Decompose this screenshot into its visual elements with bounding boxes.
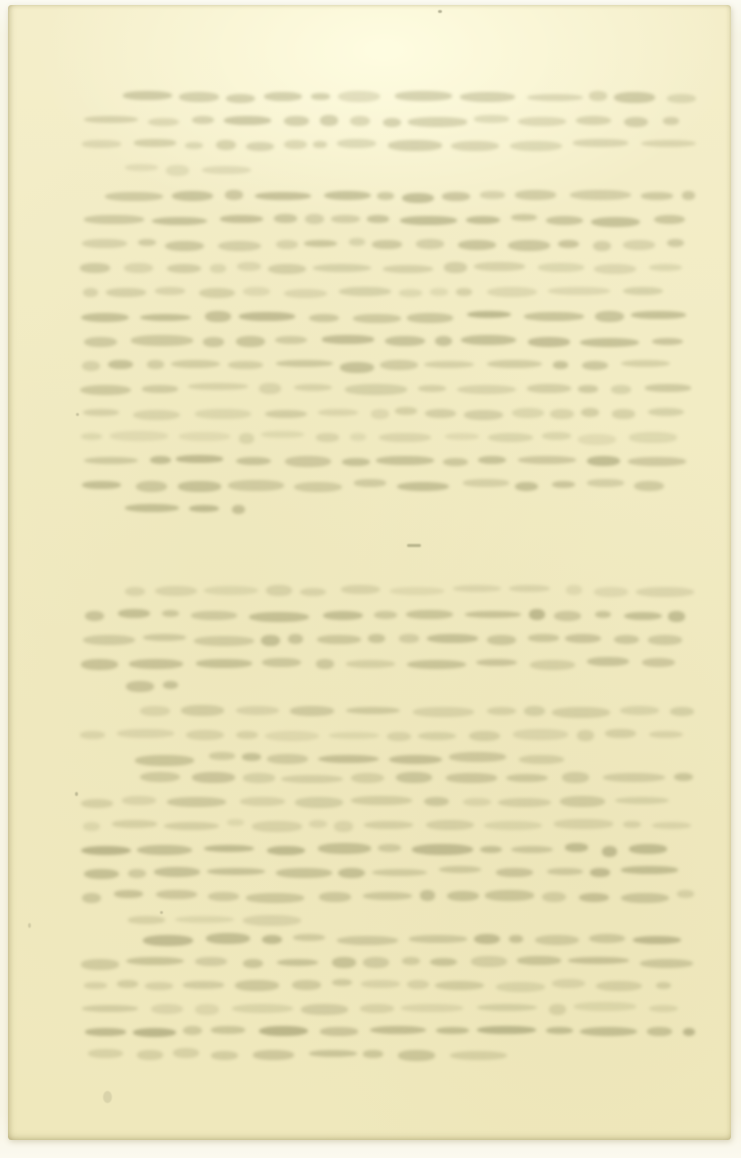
show-through-word-blob [399, 634, 419, 642]
show-through-word-blob [342, 458, 370, 466]
show-through-word-blob [565, 634, 601, 643]
show-through-word-blob [211, 1051, 238, 1060]
show-through-word-blob [378, 844, 401, 851]
show-through-line [80, 383, 692, 396]
show-through-word-blob [331, 215, 360, 223]
scan-backdrop [0, 0, 741, 1158]
show-through-word-blob [83, 822, 100, 832]
show-through-word-blob [456, 288, 472, 296]
show-through-text-area [80, 5, 700, 1140]
show-through-word-blob [458, 240, 496, 250]
show-through-word-blob [484, 821, 542, 831]
show-through-word-blob [620, 706, 659, 715]
show-through-word-blob [464, 410, 503, 420]
show-through-word-blob [487, 635, 516, 645]
show-through-word-blob [578, 385, 598, 393]
show-through-word-blob [137, 1050, 163, 1059]
show-through-word-blob [350, 433, 366, 441]
show-through-word-blob [83, 288, 98, 298]
show-through-word-blob [316, 433, 339, 442]
show-through-word-blob [148, 118, 179, 126]
show-through-line [140, 772, 693, 785]
show-through-word-blob [249, 612, 309, 622]
show-through-word-blob [368, 634, 385, 643]
show-through-word-blob [232, 505, 245, 514]
show-through-word-blob [281, 775, 343, 784]
show-through-word-blob [142, 385, 178, 393]
show-through-word-blob [611, 385, 631, 394]
show-through-word-blob [524, 706, 545, 716]
show-through-word-blob [220, 215, 263, 223]
show-through-word-blob [191, 611, 237, 620]
show-through-word-blob [554, 819, 613, 828]
show-through-word-blob [110, 431, 168, 440]
show-through-word-blob [126, 957, 184, 966]
show-through-word-blob [128, 869, 146, 878]
show-through-word-blob [259, 383, 281, 394]
show-through-word-blob [82, 140, 121, 147]
show-through-word-blob [372, 240, 402, 249]
show-through-word-blob [467, 311, 511, 318]
show-through-word-blob [524, 312, 584, 321]
show-through-word-blob [84, 982, 107, 989]
show-through-word-blob [667, 239, 684, 248]
show-through-word-blob [162, 610, 179, 617]
show-through-word-blob [480, 846, 502, 854]
show-through-word-blob [471, 956, 507, 967]
show-through-line [84, 455, 693, 468]
paper-speck [438, 10, 442, 13]
show-through-word-blob [210, 264, 226, 273]
show-through-word-blob [276, 868, 332, 878]
show-through-word-blob [487, 287, 537, 297]
show-through-line [81, 311, 690, 324]
show-through-word-blob [318, 755, 379, 764]
show-through-word-blob [594, 264, 636, 274]
show-through-word-blob [167, 264, 201, 273]
show-through-word-blob [444, 262, 467, 273]
show-through-word-blob [469, 731, 500, 741]
show-through-line [140, 705, 694, 718]
show-through-word-blob [546, 1027, 573, 1034]
show-through-word-blob [82, 239, 127, 248]
show-through-word-blob [178, 481, 221, 491]
show-through-word-blob [196, 659, 252, 668]
show-through-word-blob [674, 773, 693, 782]
show-through-word-blob [615, 797, 669, 805]
show-through-word-blob [528, 634, 559, 642]
show-through-line [143, 933, 692, 946]
show-through-line [83, 407, 684, 420]
show-through-word-blob [349, 238, 365, 246]
show-through-word-blob [396, 772, 432, 783]
show-through-word-blob [81, 959, 119, 970]
show-through-word-blob [284, 140, 307, 150]
show-through-word-blob [478, 456, 506, 464]
show-through-word-blob [353, 314, 401, 323]
show-through-word-blob [345, 384, 407, 395]
show-through-word-blob [474, 262, 525, 271]
show-through-word-blob [542, 892, 566, 902]
show-through-line [83, 286, 674, 299]
show-through-word-blob [294, 482, 342, 492]
show-through-line [126, 681, 182, 694]
show-through-word-blob [515, 190, 556, 199]
show-through-word-blob [667, 94, 696, 103]
show-through-word-blob [377, 192, 394, 200]
show-through-word-blob [461, 335, 516, 345]
show-through-word-blob [171, 360, 220, 369]
show-through-word-blob [587, 479, 624, 486]
show-through-word-blob [560, 796, 605, 807]
show-through-word-blob [614, 635, 639, 645]
show-through-word-blob [546, 216, 583, 225]
show-through-word-blob [374, 611, 397, 619]
show-through-word-blob [457, 385, 516, 395]
show-through-word-blob [628, 457, 686, 466]
show-through-word-blob [602, 846, 617, 857]
show-through-word-blob [82, 893, 101, 903]
show-through-word-blob [683, 1028, 695, 1036]
show-through-word-blob [447, 891, 479, 901]
show-through-line [82, 479, 686, 492]
show-through-word-blob [656, 982, 671, 989]
show-through-word-blob [512, 408, 544, 418]
paper-speck [28, 923, 31, 928]
show-through-word-blob [446, 773, 497, 782]
show-through-word-blob [294, 384, 332, 392]
show-through-word-blob [361, 980, 400, 988]
show-through-word-blob [313, 264, 371, 272]
show-through-word-blob [311, 93, 330, 100]
show-through-word-blob [668, 611, 685, 622]
show-through-word-blob [552, 707, 610, 718]
show-through-word-blob [188, 383, 248, 390]
show-through-word-blob [477, 1026, 536, 1034]
show-through-word-blob [577, 730, 594, 741]
show-through-word-blob [83, 409, 119, 416]
show-through-word-blob [152, 217, 207, 225]
show-through-word-blob [346, 707, 400, 714]
show-through-word-blob [304, 240, 337, 247]
show-through-word-blob [80, 731, 105, 739]
show-through-word-blob [136, 481, 167, 492]
show-through-line [80, 262, 682, 275]
show-through-word-blob [582, 361, 608, 370]
show-through-line [81, 796, 676, 809]
show-through-word-blob [237, 262, 261, 271]
show-through-word-blob [172, 191, 213, 201]
show-through-word-blob [426, 820, 474, 831]
paper-speck [76, 413, 79, 416]
show-through-word-blob [320, 1027, 358, 1035]
show-through-line [123, 91, 696, 104]
show-through-word-blob [209, 752, 235, 760]
show-through-word-blob [652, 338, 683, 346]
show-through-word-blob [511, 846, 553, 854]
show-through-word-blob [573, 139, 628, 146]
show-through-word-blob [634, 481, 664, 492]
show-through-word-blob [435, 336, 452, 347]
show-through-word-blob [603, 773, 665, 782]
show-through-word-blob [547, 868, 583, 875]
show-through-word-blob [589, 91, 607, 101]
show-through-word-blob [155, 287, 185, 295]
show-through-word-blob [395, 407, 417, 415]
show-through-word-blob [143, 634, 186, 641]
show-through-word-blob [413, 707, 474, 717]
show-through-word-blob [125, 504, 179, 512]
show-through-word-blob [192, 772, 235, 783]
show-through-word-blob [496, 868, 533, 877]
section-break-mark [407, 544, 421, 547]
show-through-word-blob [562, 772, 589, 783]
show-through-word-blob [133, 410, 180, 421]
show-through-word-blob [430, 288, 448, 296]
show-through-word-blob [195, 409, 251, 419]
show-through-word-blob [118, 609, 150, 618]
show-through-word-blob [663, 117, 679, 125]
show-through-line [82, 1002, 678, 1015]
show-through-word-blob [189, 505, 219, 512]
show-through-word-blob [677, 890, 694, 898]
show-through-word-blob [649, 731, 683, 738]
show-through-word-blob [589, 934, 625, 943]
show-through-line [84, 335, 683, 348]
show-through-word-blob [439, 866, 481, 873]
show-through-word-blob [80, 385, 131, 396]
show-through-word-blob [268, 264, 306, 274]
show-through-word-blob [407, 313, 453, 323]
show-through-word-blob [605, 729, 636, 738]
show-through-word-blob [173, 1048, 199, 1058]
show-through-word-blob [85, 611, 104, 621]
show-through-word-blob [82, 481, 121, 489]
show-through-word-blob [134, 139, 176, 146]
show-through-word-blob [133, 1028, 176, 1037]
show-through-word-blob [476, 659, 517, 667]
show-through-word-blob [228, 361, 263, 369]
show-through-word-blob [568, 957, 629, 964]
show-through-word-blob [216, 140, 236, 150]
show-through-word-blob [367, 215, 389, 222]
show-through-word-blob [430, 958, 457, 966]
show-through-word-blob [515, 482, 538, 491]
show-through-word-blob [199, 288, 235, 299]
show-through-word-blob [313, 141, 327, 148]
show-through-word-blob [652, 822, 691, 829]
show-through-line [83, 819, 693, 832]
show-through-line [84, 115, 679, 128]
show-through-word-blob [163, 681, 178, 689]
show-through-word-blob [466, 216, 500, 224]
show-through-word-blob [621, 866, 678, 873]
show-through-word-blob [442, 192, 470, 201]
show-through-word-blob [126, 681, 154, 692]
show-through-word-blob [85, 1028, 126, 1036]
show-through-word-blob [266, 585, 292, 596]
show-through-word-blob [612, 409, 635, 419]
show-through-word-blob [590, 868, 610, 877]
show-through-word-blob [508, 240, 550, 251]
show-through-word-blob [125, 164, 158, 171]
show-through-word-blob [123, 91, 172, 99]
show-through-word-blob [145, 982, 173, 990]
show-through-word-blob [309, 820, 327, 828]
show-through-word-blob [623, 821, 641, 829]
show-through-word-blob [371, 409, 389, 419]
show-through-word-blob [261, 431, 304, 438]
show-through-line [128, 914, 320, 927]
show-through-word-blob [138, 239, 156, 246]
show-through-word-blob [614, 92, 655, 103]
show-through-word-blob [239, 312, 295, 321]
show-through-word-blob [290, 706, 334, 716]
show-through-word-blob [316, 659, 334, 669]
show-through-word-blob [84, 869, 119, 879]
show-through-word-blob [474, 934, 500, 944]
show-through-word-blob [337, 936, 398, 945]
show-through-word-blob [435, 981, 484, 990]
show-through-word-blob [510, 141, 562, 151]
show-through-word-blob [80, 263, 110, 272]
show-through-word-blob [624, 117, 648, 128]
show-through-line [84, 979, 686, 992]
show-through-line [84, 866, 678, 879]
show-through-word-blob [108, 360, 133, 369]
show-through-word-blob [395, 91, 452, 100]
show-through-word-blob [593, 241, 611, 252]
show-through-word-blob [128, 916, 165, 923]
show-through-word-blob [186, 730, 224, 740]
show-through-word-blob [360, 1004, 394, 1013]
show-through-word-blob [276, 360, 333, 367]
show-through-word-blob [550, 409, 574, 419]
show-through-word-blob [623, 287, 663, 296]
show-through-word-blob [400, 216, 457, 225]
show-through-word-blob [166, 165, 189, 176]
show-through-word-blob [591, 217, 640, 227]
show-through-word-blob [318, 843, 371, 853]
show-through-word-blob [179, 432, 230, 441]
show-through-word-blob [649, 264, 682, 272]
show-through-word-blob [129, 659, 183, 669]
show-through-word-blob [509, 935, 523, 943]
show-through-word-blob [84, 215, 144, 224]
show-through-word-blob [463, 798, 491, 807]
show-through-word-blob [156, 890, 197, 899]
show-through-word-blob [207, 868, 265, 875]
show-through-word-blob [259, 1026, 308, 1036]
show-through-word-blob [276, 240, 298, 250]
show-through-word-blob [275, 336, 307, 344]
show-through-word-blob [147, 360, 164, 368]
show-through-word-blob [416, 239, 444, 248]
show-through-word-blob [334, 821, 353, 831]
show-through-line [81, 956, 693, 969]
show-through-word-blob [337, 139, 376, 148]
show-through-word-blob [117, 980, 138, 988]
show-through-word-blob [363, 892, 412, 900]
show-through-word-blob [477, 1004, 537, 1012]
show-through-word-blob [530, 660, 575, 670]
show-through-word-blob [317, 635, 361, 644]
show-through-line [80, 729, 683, 742]
show-through-word-blob [183, 981, 224, 988]
show-through-word-blob [670, 707, 694, 716]
show-through-word-blob [340, 362, 374, 373]
show-through-word-blob [274, 214, 297, 223]
show-through-word-blob [277, 959, 318, 966]
show-through-word-blob [253, 1050, 294, 1060]
show-through-word-blob [83, 635, 135, 645]
show-through-word-blob [112, 820, 157, 828]
show-through-word-blob [631, 311, 686, 319]
show-through-word-blob [151, 1004, 183, 1014]
show-through-word-blob [301, 1004, 348, 1015]
show-through-word-blob [548, 287, 610, 295]
show-through-word-blob [267, 754, 308, 764]
show-through-word-blob [570, 190, 631, 200]
show-through-word-blob [682, 191, 695, 200]
show-through-word-blob [318, 409, 358, 416]
show-through-word-blob [463, 479, 509, 487]
show-through-word-blob [595, 611, 611, 619]
show-through-word-blob [451, 141, 499, 151]
show-through-word-blob [527, 384, 571, 393]
show-through-word-blob [642, 658, 675, 667]
show-through-word-blob [84, 337, 117, 347]
show-through-word-blob [194, 636, 254, 646]
show-through-word-blob [224, 116, 271, 124]
show-through-word-blob [513, 729, 568, 740]
show-through-word-blob [285, 456, 331, 467]
show-through-word-blob [255, 192, 311, 200]
show-through-word-blob [385, 336, 425, 346]
show-through-word-blob [226, 94, 255, 103]
show-through-word-blob [267, 846, 305, 855]
show-through-word-blob [552, 979, 585, 988]
show-through-word-blob [528, 337, 570, 347]
show-through-word-blob [436, 1027, 469, 1034]
show-through-word-blob [506, 774, 548, 783]
show-through-word-blob [401, 1004, 463, 1012]
show-through-word-blob [117, 729, 174, 738]
show-through-word-blob [243, 959, 263, 968]
show-through-line [81, 431, 677, 444]
show-through-line [82, 890, 694, 903]
show-through-word-blob [192, 116, 214, 125]
show-through-word-blob [418, 732, 456, 741]
show-through-word-blob [143, 935, 193, 946]
show-through-word-blob [202, 166, 251, 174]
show-through-word-blob [204, 845, 254, 852]
show-through-word-blob [243, 287, 270, 296]
show-through-word-blob [397, 482, 449, 491]
paper-speck [75, 792, 78, 796]
show-through-word-blob [339, 287, 391, 296]
show-through-word-blob [383, 118, 401, 127]
show-through-word-blob [252, 821, 302, 832]
show-through-word-blob [300, 588, 326, 597]
show-through-word-blob [81, 433, 102, 440]
show-through-word-blob [535, 935, 579, 945]
show-through-word-blob [633, 936, 681, 944]
show-through-word-blob [542, 432, 571, 440]
show-through-word-blob [558, 240, 579, 248]
show-through-word-blob [474, 115, 509, 122]
show-through-word-blob [319, 892, 351, 902]
